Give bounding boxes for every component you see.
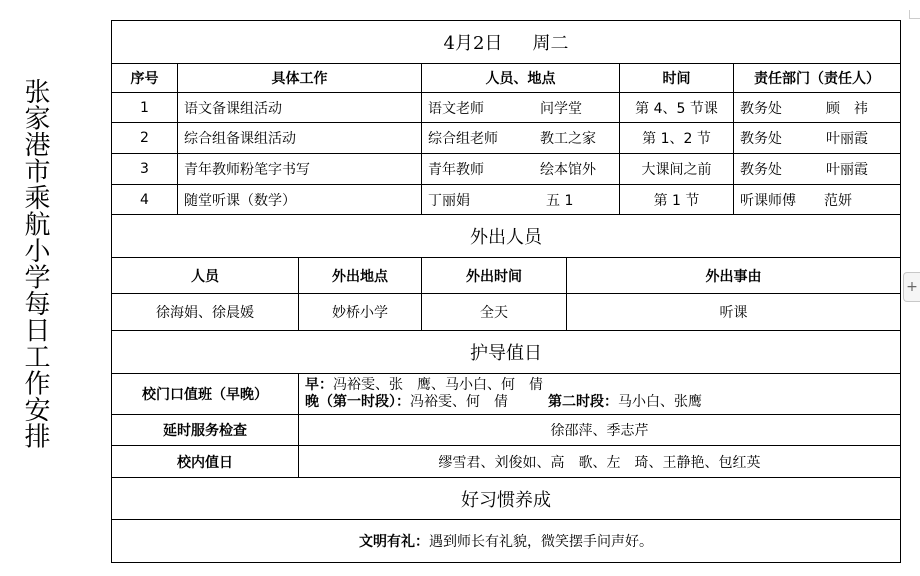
- duty-title: 护导值日: [112, 331, 900, 373]
- row-responsible: 叶丽霞: [826, 128, 868, 148]
- habit-label: 文明有礼：: [359, 531, 429, 551]
- outing-header-people: 人员: [112, 258, 299, 293]
- row-dept-name: 教务处: [740, 159, 826, 179]
- row-time: 第 1、2 节: [620, 123, 734, 153]
- outing-reason: 听课: [567, 294, 900, 330]
- row-responsible: 范妍: [824, 190, 852, 210]
- row-time: 第 1 节: [620, 185, 734, 214]
- duty-morning-value: 冯裕雯、张 鹰、马小白、何 倩: [333, 377, 543, 393]
- duty-morning-label: 早：: [305, 377, 333, 393]
- row-dept: 教务处 叶丽霞: [734, 123, 900, 153]
- habit-title: 好习惯养成: [112, 478, 900, 519]
- outing-header-reason: 外出事由: [567, 258, 900, 293]
- add-row-button[interactable]: +: [903, 272, 920, 302]
- row-people: 语文老师: [428, 98, 540, 118]
- row-people-place: 综合组老师 教工之家: [422, 123, 620, 153]
- row-people-place: 丁丽娟 五 1: [422, 185, 620, 214]
- duty-evening2-value: 马小白、张鹰: [618, 394, 702, 410]
- row-place: 问学堂: [540, 98, 582, 118]
- duty-gate-row: 校门口值班（早晚） 早：冯裕雯、张 鹰、马小白、何 倩 晚（第一时段）：冯裕雯、…: [112, 374, 900, 415]
- row-task: 随堂听课（数学）: [178, 185, 422, 214]
- duty-delay-row: 延时服务检查 徐邵萍、季志芹: [112, 415, 900, 446]
- row-no: 3: [112, 154, 178, 184]
- row-responsible: 叶丽霞: [826, 159, 868, 179]
- habit-content: 文明有礼：遇到师长有礼貌，微笑摆手问声好。: [112, 520, 900, 562]
- outing-header-time: 外出时间: [422, 258, 567, 293]
- date-header-row: 4月2日 周二: [112, 21, 900, 64]
- duty-evening-line: 晚（第一时段）：冯裕雯、何 倩第二时段：马小白、张鹰: [305, 394, 702, 411]
- row-task: 语文备课组活动: [178, 93, 422, 122]
- header-dept: 责任部门（责任人）: [734, 64, 900, 92]
- outing-title: 外出人员: [112, 215, 900, 257]
- outing-row: 徐海娟、徐晨媛 妙桥小学 全天 听课: [112, 294, 900, 331]
- row-people: 综合组老师: [428, 128, 540, 148]
- row-time: 大课间之前: [620, 154, 734, 184]
- row-task: 青年教师粉笔字书写: [178, 154, 422, 184]
- table-row: 3 青年教师粉笔字书写 青年教师 绘本馆外 大课间之前 教务处 叶丽霞: [112, 154, 900, 185]
- duty-campus-label: 校内值日: [112, 446, 299, 477]
- habit-title-row: 好习惯养成: [112, 478, 900, 520]
- duty-title-row: 护导值日: [112, 331, 900, 374]
- header-time: 时间: [620, 64, 734, 92]
- row-responsible: 顾 祎: [826, 98, 868, 118]
- row-no: 1: [112, 93, 178, 122]
- header-people-place: 人员、地点: [422, 64, 620, 92]
- outing-header-row: 人员 外出地点 外出时间 外出事由: [112, 258, 900, 294]
- row-people: 青年教师: [428, 159, 540, 179]
- outing-place: 妙桥小学: [299, 294, 422, 330]
- habit-row: 文明有礼：遇到师长有礼貌，微笑摆手问声好。: [112, 520, 900, 562]
- row-place: 教工之家: [540, 128, 596, 148]
- duty-evening1-label: 晚（第一时段）：: [305, 394, 410, 410]
- date-text: 4月2日: [444, 29, 503, 55]
- duty-gate-label: 校门口值班（早晚）: [112, 374, 299, 414]
- row-time: 第 4、5 节课: [620, 93, 734, 122]
- duty-evening2-label: 第二时段：: [548, 394, 618, 410]
- table-row: 2 综合组备课组活动 综合组老师 教工之家 第 1、2 节 教务处 叶丽霞: [112, 123, 900, 154]
- table-row: 4 随堂听课（数学） 丁丽娟 五 1 第 1 节 听课师傅 范妍: [112, 185, 900, 215]
- duty-campus-value: 缪雪君、刘俊如、高 歌、左 琦、王静艳、包红英: [299, 446, 900, 477]
- row-people-place: 语文老师 问学堂: [422, 93, 620, 122]
- row-dept: 教务处 顾 祎: [734, 93, 900, 122]
- row-people: 丁丽娟: [428, 190, 546, 210]
- weekday-text: 周二: [532, 29, 568, 55]
- header-task: 具体工作: [178, 64, 422, 92]
- row-dept: 听课师傅 范妍: [734, 185, 900, 214]
- row-dept: 教务处 叶丽霞: [734, 154, 900, 184]
- work-header-row: 序号 具体工作 人员、地点 时间 责任部门（责任人）: [112, 64, 900, 93]
- outing-people: 徐海娟、徐晨媛: [112, 294, 299, 330]
- duty-delay-value: 徐邵萍、季志芹: [299, 415, 900, 445]
- outing-header-place: 外出地点: [299, 258, 422, 293]
- header-no: 序号: [112, 64, 178, 92]
- duty-evening1-value: 冯裕雯、何 倩: [410, 394, 508, 410]
- row-dept-name: 听课师傅: [740, 190, 824, 210]
- row-no: 2: [112, 123, 178, 153]
- document-title: 张家港市乘航小学每日工作安排: [20, 78, 50, 449]
- duty-campus-row: 校内值日 缪雪君、刘俊如、高 歌、左 琦、王静艳、包红英: [112, 446, 900, 478]
- date-header: 4月2日 周二: [112, 21, 900, 63]
- outing-title-row: 外出人员: [112, 215, 900, 258]
- habit-text: 遇到师长有礼貌，微笑摆手问声好。: [429, 531, 653, 551]
- table-row: 1 语文备课组活动 语文老师 问学堂 第 4、5 节课 教务处 顾 祎: [112, 93, 900, 123]
- page-corner-marker: [909, 10, 920, 19]
- row-people-place: 青年教师 绘本馆外: [422, 154, 620, 184]
- row-task: 综合组备课组活动: [178, 123, 422, 153]
- duty-delay-label: 延时服务检查: [112, 415, 299, 445]
- duty-gate-value: 早：冯裕雯、张 鹰、马小白、何 倩 晚（第一时段）：冯裕雯、何 倩第二时段：马小…: [299, 374, 900, 414]
- outing-time: 全天: [422, 294, 567, 330]
- duty-morning-line: 早：冯裕雯、张 鹰、马小白、何 倩: [305, 377, 543, 394]
- row-place: 五 1: [546, 190, 573, 210]
- row-place: 绘本馆外: [540, 159, 596, 179]
- row-no: 4: [112, 185, 178, 214]
- row-dept-name: 教务处: [740, 128, 826, 148]
- schedule-table: 4月2日 周二 序号 具体工作 人员、地点 时间 责任部门（责任人） 1 语文备…: [111, 20, 901, 563]
- row-dept-name: 教务处: [740, 98, 826, 118]
